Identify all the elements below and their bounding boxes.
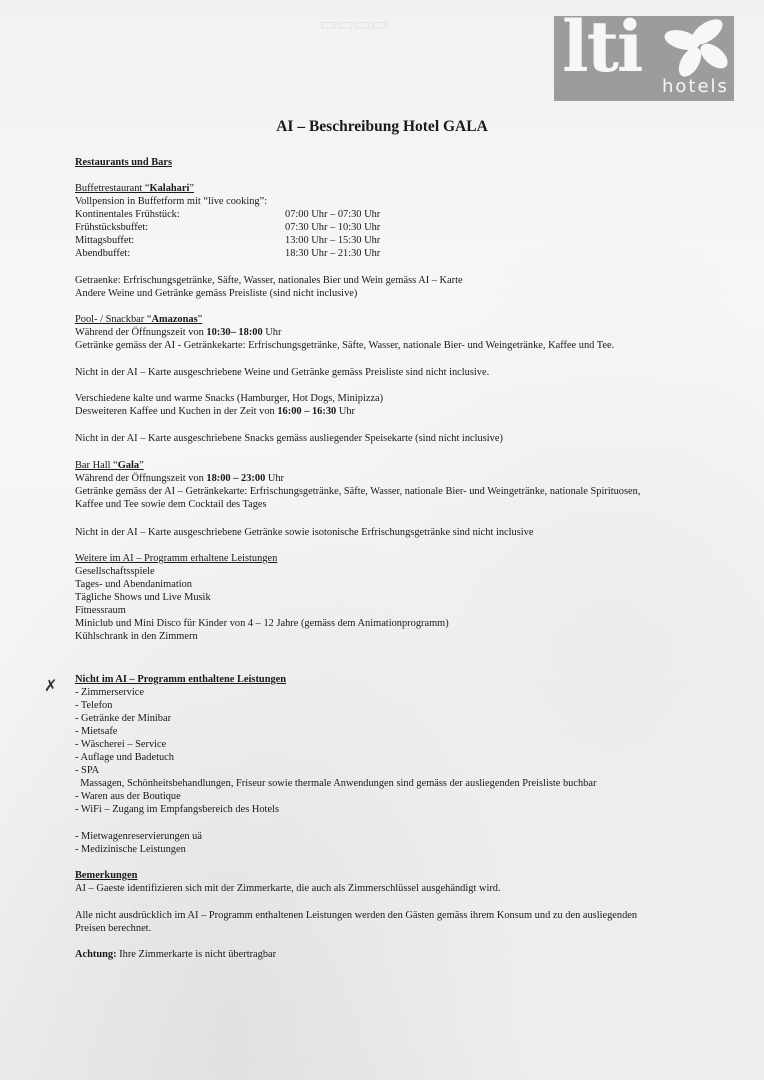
hours-suffix: Uhr bbox=[263, 327, 282, 338]
cake-suffix: Uhr bbox=[336, 406, 355, 417]
flower-icon bbox=[662, 18, 732, 78]
section-heading-excluded: Nicht im AI – Programm enthaltene Leistu… bbox=[75, 673, 286, 686]
amazonas-snacks: Verschiedene kalte und warme Snacks (Ham… bbox=[75, 392, 383, 405]
label-suffix: ” bbox=[139, 460, 144, 471]
excluded-item-spa-detail: Massagen, Schönheitsbehandlungen, Friseu… bbox=[75, 777, 596, 790]
hours-value: 18:00 – 23:00 bbox=[206, 473, 265, 484]
excluded-item: - WiFi – Zugang im Empfangsbereich des H… bbox=[75, 803, 279, 816]
included-item: Tages- und Abendanimation bbox=[75, 578, 192, 591]
excluded-item: - Getränke der Minibar bbox=[75, 712, 171, 725]
meal-row: Mittagsbuffet: 13:00 Uhr – 15:30 Uhr bbox=[75, 234, 375, 247]
included-item: Gesellschaftsspiele bbox=[75, 565, 155, 578]
meal-label: Frühstücksbuffet: bbox=[75, 222, 148, 233]
excluded-item: - Auflage und Badetuch bbox=[75, 751, 174, 764]
bar-name: Gala bbox=[118, 460, 139, 471]
hours-suffix: Uhr bbox=[265, 473, 284, 484]
kalahari-drinks: Getraenke: Erfrischungsgetränke, Säfte, … bbox=[75, 274, 463, 287]
meal-time: 07:00 Uhr – 07:30 Uhr bbox=[285, 208, 380, 221]
excluded-item: - Waren aus der Boutique bbox=[75, 790, 181, 803]
meal-time: 18:30 Uhr – 21:30 Uhr bbox=[285, 247, 380, 260]
excluded-item: - Zimmerservice bbox=[75, 686, 144, 699]
included-item: Tägliche Shows und Live Musik bbox=[75, 591, 211, 604]
meal-time: 13:00 Uhr – 15:30 Uhr bbox=[285, 234, 380, 247]
remark-billing-cont: Preisen berechnet. bbox=[75, 922, 151, 935]
page-title: AI – Beschreibung Hotel GALA bbox=[0, 118, 764, 136]
hours-prefix: Während der Öffnungszeit von bbox=[75, 473, 206, 484]
restaurant-name: Kalahari bbox=[150, 183, 190, 194]
hours-value: 10:30– 18:00 bbox=[206, 327, 262, 338]
excluded-item: - Medizinische Leistungen bbox=[75, 843, 186, 856]
amazonas-not-incl-drinks: Nicht in der AI – Karte ausgeschriebene … bbox=[75, 366, 489, 379]
label-prefix: Bar Hall “ bbox=[75, 460, 118, 471]
amazonas-hours: Während der Öffnungszeit von 10:30– 18:0… bbox=[75, 326, 281, 339]
excluded-item: - SPA bbox=[75, 764, 99, 777]
kalahari-label: Buffetrestaurant “Kalahari” bbox=[75, 182, 194, 195]
meal-label: Kontinentales Frühstück: bbox=[75, 209, 180, 220]
excluded-item: - Wäscherei – Service bbox=[75, 738, 166, 751]
bar-name: Amazonas bbox=[151, 314, 197, 325]
cake-prefix: Desweiteren Kaffee und Kuchen in der Zei… bbox=[75, 406, 277, 417]
gala-bar-label: Bar Hall “Gala” bbox=[75, 459, 144, 472]
gala-bar-not-incl: Nicht in der AI – Karte ausgeschriebene … bbox=[75, 526, 534, 539]
amazonas-cake: Desweiteren Kaffee und Kuchen in der Zei… bbox=[75, 405, 355, 418]
meal-label: Abendbuffet: bbox=[75, 248, 130, 259]
lti-hotels-logo: lti hotels bbox=[554, 16, 734, 101]
label-suffix: ” bbox=[189, 183, 194, 194]
excluded-item: - Mietsafe bbox=[75, 725, 117, 738]
included-item: Kühlschrank in den Zimmern bbox=[75, 630, 198, 643]
label-suffix: ” bbox=[198, 314, 203, 325]
attention-text: Ihre Zimmerkarte is nicht übertragbar bbox=[117, 949, 277, 960]
cake-time: 16:00 – 16:30 bbox=[277, 406, 336, 417]
amazonas-label: Pool- / Snackbar “Amazonas” bbox=[75, 313, 202, 326]
kalahari-other-drinks: Andere Weine und Getränke gemäss Preisli… bbox=[75, 287, 357, 300]
meal-time: 07:30 Uhr – 10:30 Uhr bbox=[285, 221, 380, 234]
gala-bar-hours: Während der Öffnungszeit von 18:00 – 23:… bbox=[75, 472, 284, 485]
meal-label: Mittagsbuffet: bbox=[75, 235, 134, 246]
meal-row: Frühstücksbuffet: 07:30 Uhr – 10:30 Uhr bbox=[75, 221, 375, 234]
meal-row: Kontinentales Frühstück: 07:00 Uhr – 07:… bbox=[75, 208, 375, 221]
included-item: Fitnessraum bbox=[75, 604, 126, 617]
remark-attention: Achtung: Ihre Zimmerkarte is nicht übert… bbox=[75, 948, 276, 961]
excluded-item: - Mietwagenreservierungen uä bbox=[75, 830, 202, 843]
gala-bar-drinks-cont: Kaffee und Tee sowie dem Cocktail des Ta… bbox=[75, 498, 267, 511]
logo-brand: lti bbox=[562, 12, 642, 82]
kalahari-intro: Vollpension in Buffetform mit “live cook… bbox=[75, 195, 267, 208]
amazonas-drinks: Getränke gemäss der AI - Getränkekarte: … bbox=[75, 339, 614, 352]
included-item: Miniclub und Mini Disco für Kinder von 4… bbox=[75, 617, 449, 630]
section-heading-included: Weitere im AI – Programm erhaltene Leist… bbox=[75, 552, 277, 565]
hours-prefix: Während der Öffnungszeit von bbox=[75, 327, 206, 338]
excluded-item: - Telefon bbox=[75, 699, 112, 712]
remark-room-card: AI – Gaeste identifizieren sich mit der … bbox=[75, 882, 501, 895]
attention-label: Achtung: bbox=[75, 949, 117, 960]
section-heading-restaurants: Restaurants und Bars bbox=[75, 156, 172, 169]
meal-row: Abendbuffet: 18:30 Uhr – 21:30 Uhr bbox=[75, 247, 375, 260]
show-through: ▭▭▭▭ bbox=[320, 14, 388, 35]
gala-bar-drinks: Getränke gemäss der AI – Getränkekarte: … bbox=[75, 485, 640, 498]
remark-billing: Alle nicht ausdrücklich im AI – Programm… bbox=[75, 909, 637, 922]
amazonas-not-incl-snacks: Nicht in der AI – Karte ausgeschriebene … bbox=[75, 432, 503, 445]
section-heading-remarks: Bemerkungen bbox=[75, 869, 137, 882]
logo-sub: hotels bbox=[662, 76, 729, 97]
handwritten-x-mark-icon: ✗ bbox=[44, 676, 57, 695]
label-prefix: Pool- / Snackbar “ bbox=[75, 314, 151, 325]
label-prefix: Buffetrestaurant “ bbox=[75, 183, 150, 194]
